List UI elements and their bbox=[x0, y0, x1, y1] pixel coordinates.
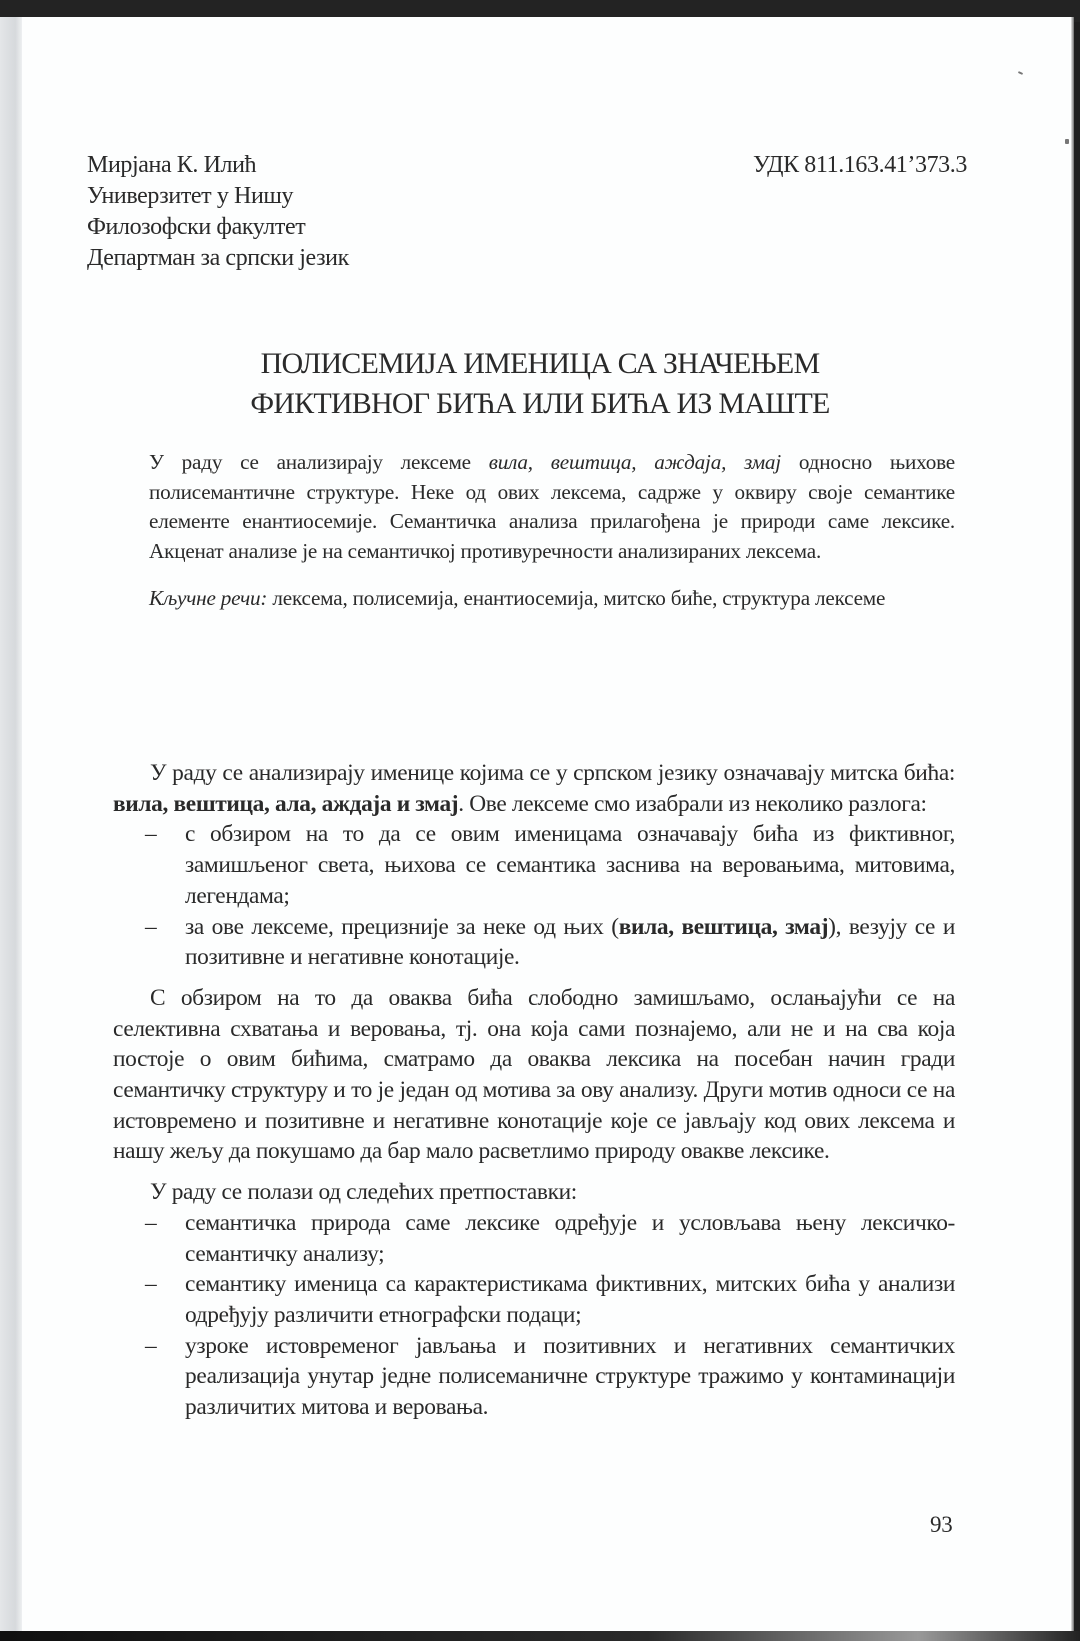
affiliation-university: Универзитет у Нишу bbox=[87, 181, 967, 212]
keywords-label: Кључне речи: bbox=[149, 586, 267, 610]
intro-paragraph: У раду се анализирају именице којима се … bbox=[113, 758, 955, 819]
abstract-text: У раду се анализирају лексеме вила, вешт… bbox=[149, 448, 955, 566]
dash-bullet: – bbox=[145, 912, 156, 943]
dash-bullet: – bbox=[145, 819, 156, 850]
book-page: Мирјана К. Илић Универзитет у Нишу Филоз… bbox=[0, 17, 1074, 1631]
keywords-list: лексема, полисемија, енантиосемија, митс… bbox=[267, 586, 885, 610]
reasons-list: –с обзиром на то да се овим именицама оз… bbox=[113, 819, 955, 973]
reason-item: –с обзиром на то да се овим именицама оз… bbox=[113, 819, 955, 911]
assumption-item: –узроке истовременог јављања и позитивни… bbox=[113, 1331, 955, 1423]
reason-item: –за ове лексеме, прецизније за неке од њ… bbox=[113, 912, 955, 973]
assumption-item: –семантичка природа саме лексике одређуј… bbox=[113, 1208, 955, 1269]
abstract-text-start: У раду се анализирају лексеме bbox=[149, 450, 489, 474]
article-title: ПОЛИСЕМИЈА ИМЕНИЦА СА ЗНАЧЕЊЕМ ФИКТИВНОГ… bbox=[100, 344, 980, 424]
intro-text-end: . Ове лексеме смо изабрали из неколико р… bbox=[458, 791, 926, 817]
abstract: У раду се анализирају лексеме вила, вешт… bbox=[149, 448, 955, 614]
assumption-item: –семантику именица са карактеристикама ф… bbox=[113, 1269, 955, 1330]
scanner-border-bottom bbox=[0, 1631, 1080, 1641]
assumption-text: узроке истовременог јављања и позитивних… bbox=[185, 1333, 955, 1420]
title-line-2: ФИКТИВНОГ БИЋА ИЛИ БИЋА ИЗ МАШТЕ bbox=[100, 384, 980, 424]
assumptions-list: –семантичка природа саме лексике одређуј… bbox=[113, 1208, 955, 1423]
article-body: У раду се анализирају именице којима се … bbox=[113, 758, 955, 1423]
dash-bullet: – bbox=[145, 1269, 156, 1300]
scan-speck bbox=[1018, 71, 1023, 75]
abstract-italic-terms: вила, вештица, аждаја, змај bbox=[489, 450, 781, 474]
reason-text-start: за ове лексеме, прецизније за неке од њи… bbox=[185, 914, 619, 940]
assumption-text: семантичка природа саме лексике одређује… bbox=[185, 1210, 955, 1267]
udc-classification: УДК 811.163.41’373.3 bbox=[753, 150, 967, 181]
affiliation-department: Департман за српски језик bbox=[87, 243, 967, 274]
article-header: Мирјана К. Илић Универзитет у Нишу Филоз… bbox=[87, 150, 967, 274]
dash-bullet: – bbox=[145, 1331, 156, 1362]
intro-bold-terms: вила, вештица, ала, аждаја и змај bbox=[113, 791, 458, 817]
scan-speck bbox=[1065, 139, 1069, 144]
assumption-text: семантику именица са карактеристикама фи… bbox=[185, 1271, 955, 1328]
page-number: 93 bbox=[930, 1512, 952, 1538]
intro-text-start: У раду се анализирају именице којима се … bbox=[150, 760, 955, 786]
reason-text: с обзиром на то да се овим именицама озн… bbox=[185, 821, 955, 908]
assumptions-intro: У раду се полази од следећих претпоставк… bbox=[113, 1177, 955, 1208]
page-content: Мирјана К. Илић Универзитет у Нишу Филоз… bbox=[0, 17, 1074, 1631]
motivation-paragraph: С обзиром на то да оваква бића слободно … bbox=[113, 983, 955, 1167]
title-line-1: ПОЛИСЕМИЈА ИМЕНИЦА СА ЗНАЧЕЊЕМ bbox=[100, 344, 980, 384]
affiliation-faculty: Филозофски факултет bbox=[87, 212, 967, 243]
dash-bullet: – bbox=[145, 1208, 156, 1239]
keywords: Кључне речи: лексема, полисемија, енанти… bbox=[149, 584, 955, 614]
reason-bold-terms: вила, вештица, змај bbox=[619, 914, 828, 940]
